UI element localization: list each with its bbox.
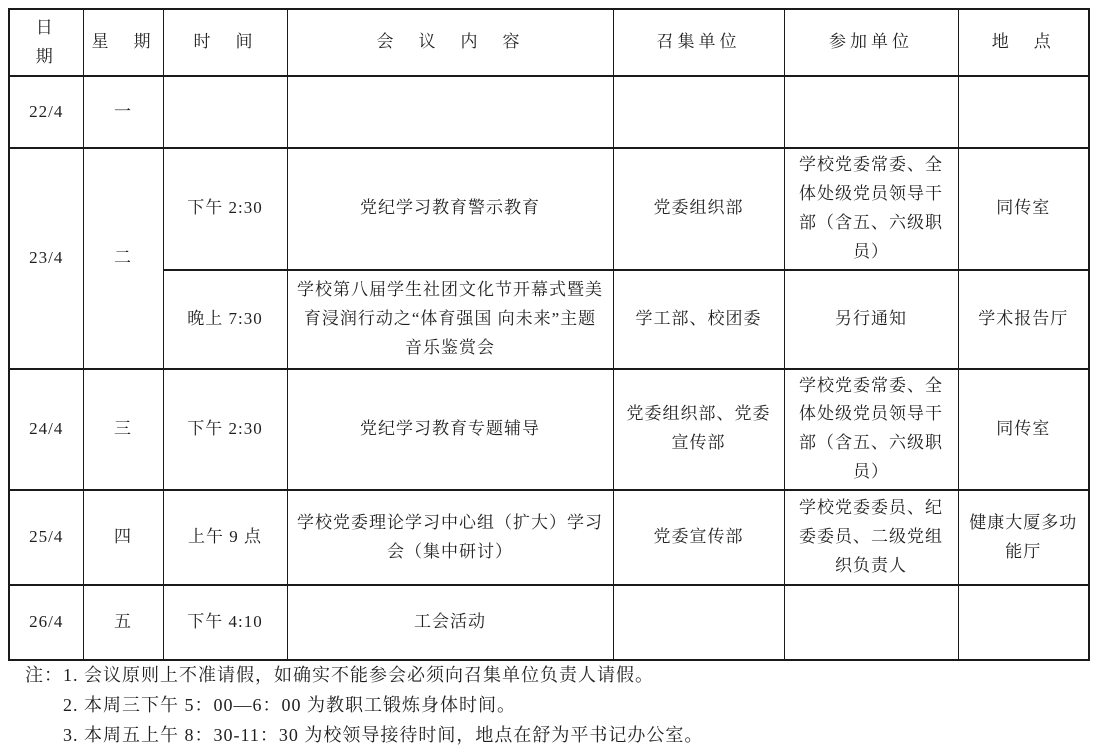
header-convener: 召集单位 [613, 9, 784, 76]
notes-prefix: 注： [25, 660, 63, 747]
participants-cell: 学校党委常委、全体处级党员领导干部（含五、六级职员） [784, 369, 958, 491]
participants-cell: 另行通知 [784, 270, 958, 369]
time-cell [163, 76, 287, 148]
location-cell: 同传室 [958, 148, 1089, 270]
participants-cell: 学校党委委员、纪委委员、二级党组织负责人 [784, 490, 958, 585]
participants-cell [784, 585, 958, 660]
header-participants: 参加单位 [784, 9, 958, 76]
location-cell: 健康大厦多功能厅 [958, 490, 1089, 585]
participants-cell: 学校党委常委、全体处级党员领导干部（含五、六级职员） [784, 148, 958, 270]
location-cell [958, 585, 1089, 660]
convener-cell: 学工部、校团委 [613, 270, 784, 369]
header-date: 日 期 [9, 9, 83, 76]
convener-cell: 党委宣传部 [613, 490, 784, 585]
note-item: 3. 本周五上午 8：30-11：30 为校领导接待时间，地点在舒为平书记办公室… [63, 720, 703, 747]
note-item: 2. 本周三下午 5：00—6：00 为教职工锻炼身体时间。 [63, 690, 703, 720]
weekday-cell: 四 [83, 490, 163, 585]
content-cell: 学校第八届学生社团文化节开幕式暨美育浸润行动之“体育强国 向未来”主题音乐鉴赏会 [287, 270, 613, 369]
date-cell: 22/4 [9, 76, 83, 148]
location-cell: 学术报告厅 [958, 270, 1089, 369]
notes: 注： 1. 会议原则上不准请假，如确实不能参会必须向召集单位负责人请假。2. 本… [25, 660, 703, 747]
table-row: 22/4一 [9, 76, 1089, 148]
time-cell: 上午 9 点 [163, 490, 287, 585]
location-cell [958, 76, 1089, 148]
content-cell: 学校党委理论学习中心组（扩大）学习会（集中研讨） [287, 490, 613, 585]
header-time: 时 间 [163, 9, 287, 76]
time-cell: 晚上 7:30 [163, 270, 287, 369]
location-cell: 同传室 [958, 369, 1089, 491]
convener-cell: 党委组织部、党委宣传部 [613, 369, 784, 491]
table-row: 26/4五下午 4:10工会活动 [9, 585, 1089, 660]
date-cell: 26/4 [9, 585, 83, 660]
notes-list: 1. 会议原则上不准请假，如确实不能参会必须向召集单位负责人请假。2. 本周三下… [63, 660, 703, 747]
content-cell: 工会活动 [287, 585, 613, 660]
convener-cell: 党委组织部 [613, 148, 784, 270]
weekday-cell: 三 [83, 369, 163, 491]
convener-cell [613, 76, 784, 148]
table-row: 25/4四上午 9 点学校党委理论学习中心组（扩大）学习会（集中研讨）党委宣传部… [9, 490, 1089, 585]
content-cell [287, 76, 613, 148]
weekday-cell: 一 [83, 76, 163, 148]
content-cell: 党纪学习教育专题辅导 [287, 369, 613, 491]
table-row: 23/4二下午 2:30党纪学习教育警示教育党委组织部学校党委常委、全体处级党员… [9, 148, 1089, 270]
weekday-cell: 五 [83, 585, 163, 660]
table-header-row: 日 期星 期时 间会 议 内 容召集单位参加单位地 点 [9, 9, 1089, 76]
note-item: 1. 会议原则上不准请假，如确实不能参会必须向召集单位负责人请假。 [63, 660, 703, 690]
time-cell: 下午 2:30 [163, 369, 287, 491]
convener-cell [613, 585, 784, 660]
date-cell: 25/4 [9, 490, 83, 585]
table-row: 24/4三下午 2:30党纪学习教育专题辅导党委组织部、党委宣传部学校党委常委、… [9, 369, 1089, 491]
participants-cell [784, 76, 958, 148]
date-cell: 23/4 [9, 148, 83, 369]
time-cell: 下午 2:30 [163, 148, 287, 270]
header-weekday: 星 期 [83, 9, 163, 76]
table-row: 晚上 7:30学校第八届学生社团文化节开幕式暨美育浸润行动之“体育强国 向未来”… [9, 270, 1089, 369]
date-cell: 24/4 [9, 369, 83, 491]
header-content: 会 议 内 容 [287, 9, 613, 76]
time-cell: 下午 4:10 [163, 585, 287, 660]
meeting-schedule-table: 日 期星 期时 间会 议 内 容召集单位参加单位地 点 22/4一23/4二下午… [8, 8, 1090, 661]
page: 日 期星 期时 间会 议 内 容召集单位参加单位地 点 22/4一23/4二下午… [0, 0, 1094, 747]
header-location: 地 点 [958, 9, 1089, 76]
weekday-cell: 二 [83, 148, 163, 369]
content-cell: 党纪学习教育警示教育 [287, 148, 613, 270]
